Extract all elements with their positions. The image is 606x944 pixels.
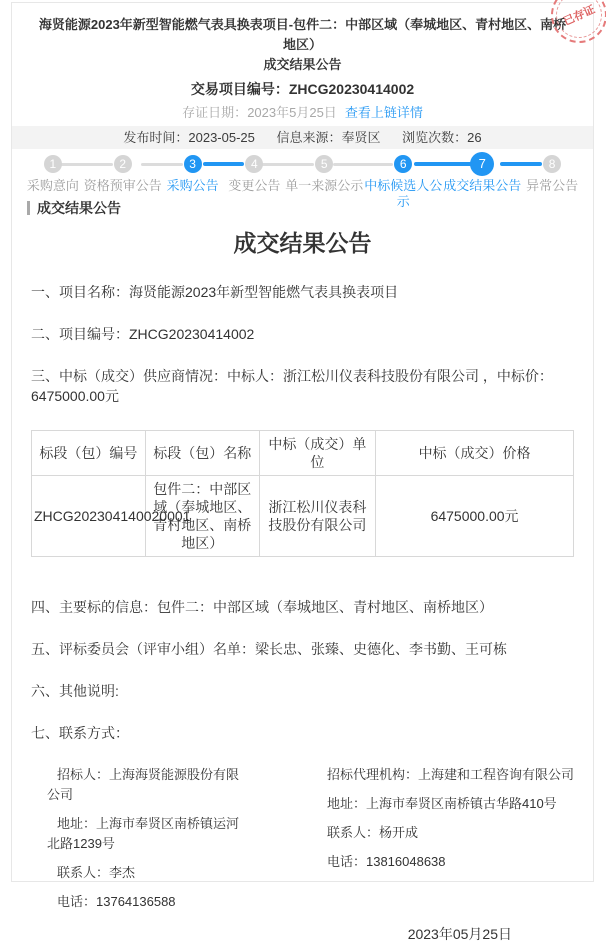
step-circle-8: 8 [543, 155, 561, 173]
step-circle-6: 6 [394, 155, 412, 173]
section-header-label: 成交结果公告 [37, 198, 121, 218]
view-chain-link[interactable]: 查看上链详情 [345, 105, 423, 120]
stepper-item-4[interactable]: 4 变更公告 [223, 155, 285, 199]
stepper-connector [256, 163, 314, 166]
table-header-row: 标段（包）编号 标段（包）名称 中标（成交）单位 中标（成交）价格 [32, 431, 574, 476]
col-header-winner-price: 中标（成交）价格 [376, 431, 574, 476]
meta-bar: 发布时间：2023-05-25 信息来源：奉贤区 浏览次数：26 [12, 126, 593, 149]
step-label-8: 异常公告 [521, 178, 583, 194]
col-header-winner-unit: 中标（成交）单位 [259, 431, 376, 476]
publish-time: 发布时间：2023-05-25 [123, 130, 255, 145]
step-circle-2: 2 [114, 155, 132, 173]
announcement-body: 一、项目名称：海贤能源2023年新型智能燃气表具换表项目 二、项目编号：ZHCG… [12, 282, 593, 850]
document-title-line2: 成交结果公告 [36, 55, 569, 75]
step-circle-1: 1 [44, 155, 62, 173]
step-circle-5: 5 [315, 155, 333, 173]
section-committee: 五、评标委员会（评审小组）名单：梁长忠、张臻、史德化、李书勤、王可栋 [31, 639, 574, 659]
section-project-name: 一、项目名称：海贤能源2023年新型智能燃气表具换表项目 [31, 282, 574, 302]
stepper-item-1[interactable]: 1 采购意向 [22, 155, 84, 199]
stepper-item-5[interactable]: 5 单一来源公示 [285, 155, 363, 199]
info-source: 信息来源：奉贤区 [277, 130, 381, 145]
project-number-label: 交易项目编号： [191, 81, 289, 97]
step-label-3: 采购公告 [162, 178, 224, 194]
step-label-2: 资格预审公告 [84, 178, 162, 194]
view-count: 浏览次数：26 [402, 130, 481, 145]
section-subject-info: 四、主要标的信息：包件二：中部区域（奉城地区、青村地区、南桥地区） [31, 597, 574, 617]
section-project-number: 二、项目编号：ZHCG20230414002 [31, 324, 574, 344]
step-circle-4: 4 [245, 155, 263, 173]
document-title-line1: 海贤能源2023年新型智能燃气表具换表项目-包件二：中部区域（奉城地区、青村地区… [36, 15, 569, 55]
cert-date-value: 2023年5月25日 [247, 105, 337, 120]
stepper-connector [55, 163, 113, 166]
contact-tenderer-column: 招标人：上海海贤能源股份有限公司 地址：上海市奉贤区南桥镇运河北路1239号 联… [47, 765, 240, 850]
section-other-notes: 六、其他说明: [31, 681, 574, 701]
cell-package-code: ZHCG202304140020001 [32, 476, 146, 557]
step-label-7: 成交结果公告 [443, 178, 521, 194]
stepper-connector [141, 163, 183, 166]
stepper-item-2[interactable]: 2 资格预审公告 [84, 155, 162, 199]
agency-name: 招标代理机构：上海建和工程咨询有限公司 [317, 765, 574, 785]
section-contact-heading: 七、联系方式： [31, 723, 574, 743]
agency-address: 地址：上海市奉贤区南桥镇古华路410号 [317, 794, 574, 814]
page-title: 成交结果公告 [12, 225, 593, 258]
announcement-card: 已存证 海贤能源2023年新型智能燃气表具换表项目-包件二：中部区域（奉城地区、… [11, 2, 594, 850]
project-number-line: 交易项目编号：ZHCG20230414002 [12, 79, 593, 99]
tenderer-name: 招标人：上海海贤能源股份有限公司 [47, 765, 240, 805]
step-label-6: 中标候选人公示 [363, 178, 443, 210]
stepper-item-8[interactable]: 8 异常公告 [521, 155, 583, 199]
section-winner-info: 三、中标（成交）供应商情况：中标人：浙江松川仪表科技股份有限公司 ，中标价：64… [31, 366, 574, 406]
cell-winner-unit: 浙江松川仪表科技股份有限公司 [259, 476, 376, 557]
contact-block: 招标人：上海海贤能源股份有限公司 地址：上海市奉贤区南桥镇运河北路1239号 联… [31, 765, 574, 850]
process-stepper: 1 采购意向 2 资格预审公告 3 采购公告 4 变更公告 5 单一来源公示 6… [12, 155, 593, 199]
result-table: 标段（包）编号 标段（包）名称 中标（成交）单位 中标（成交）价格 ZHCG20… [31, 430, 574, 557]
stepper-connector [333, 163, 393, 166]
section-marker-bar [27, 201, 30, 215]
step-circle-7: 7 [470, 152, 494, 176]
stepper-connector [203, 162, 245, 166]
table-row: ZHCG202304140020001 包件二：中部区域（奉城地区、青村地区、南… [32, 476, 574, 557]
cert-date-line: 存证日期：2023年5月25日查看上链详情 [12, 102, 593, 121]
stepper-connector [500, 162, 542, 166]
step-label-5: 单一来源公示 [285, 178, 363, 194]
contact-agency-column: 招标代理机构：上海建和工程咨询有限公司 地址：上海市奉贤区南桥镇古华路410号 … [317, 765, 574, 850]
document-title: 海贤能源2023年新型智能燃气表具换表项目-包件二：中部区域（奉城地区、青村地区… [36, 15, 569, 75]
cert-date-label: 存证日期： [182, 105, 247, 120]
stepper-connector [414, 162, 472, 166]
tenderer-address: 地址：上海市奉贤区南桥镇运河北路1239号 [47, 814, 240, 850]
cell-winner-price: 6475000.00元 [376, 476, 574, 557]
project-number-value: ZHCG20230414002 [289, 81, 414, 97]
step-label-4: 变更公告 [223, 178, 285, 194]
step-circle-3: 3 [184, 155, 202, 173]
agency-contact-person: 联系人：杨开成 [317, 823, 574, 843]
section-header: 成交结果公告 [27, 199, 593, 217]
step-label-1: 采购意向 [22, 178, 84, 194]
col-header-package-name: 标段（包）名称 [145, 431, 259, 476]
col-header-package-code: 标段（包）编号 [32, 431, 146, 476]
